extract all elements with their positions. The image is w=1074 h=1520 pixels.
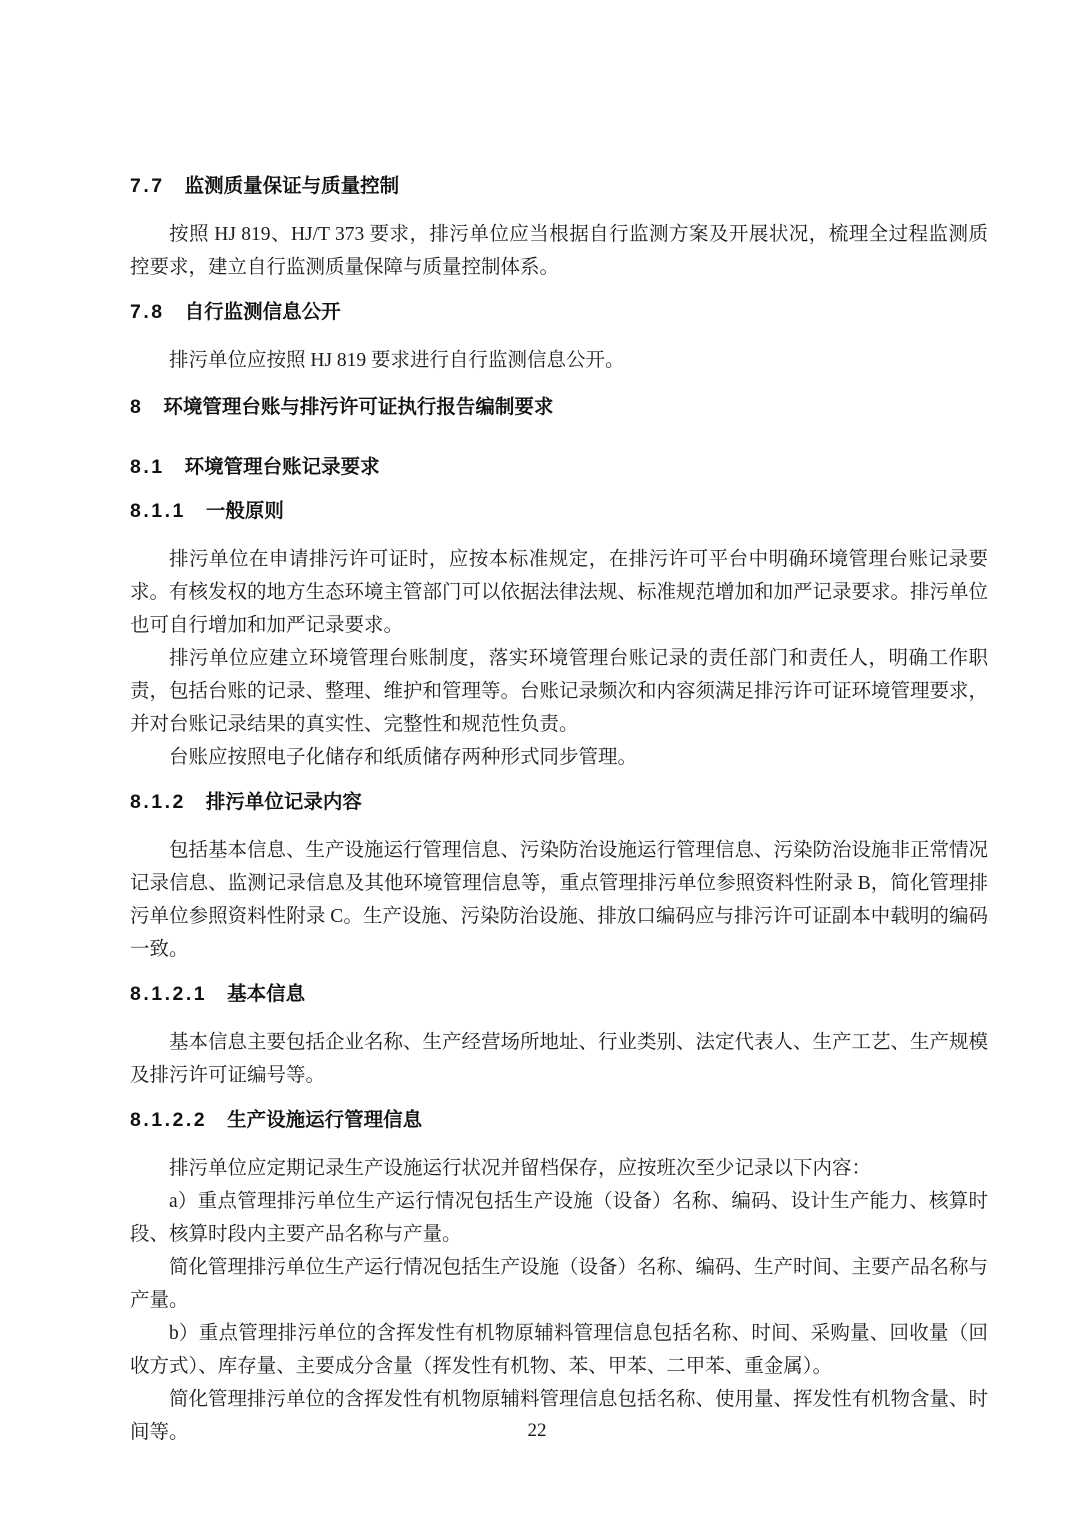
section-heading-8-1: 8.1环境管理台账记录要求 xyxy=(130,455,988,479)
section-title: 一般原则 xyxy=(206,500,284,522)
section-heading-8-1-1: 8.1.1一般原则 xyxy=(130,499,988,523)
section-number: 8.1.2.2 xyxy=(130,1109,207,1131)
section-heading-8-1-2: 8.1.2排污单位记录内容 xyxy=(130,790,988,814)
paragraph-item-a-simplified: 简化管理排污单位生产运行情况包括生产设施（设备）名称、编码、生产时间、主要产品名… xyxy=(130,1251,988,1317)
chapter-heading-8: 8环境管理台账与排污许可证执行报告编制要求 xyxy=(130,395,988,419)
section-title: 生产设施运行管理信息 xyxy=(227,1109,422,1131)
section-title: 监测质量保证与质量控制 xyxy=(185,175,400,197)
paragraph-basic-info: 基本信息主要包括企业名称、生产经营场所地址、行业类别、法定代表人、生产工艺、生产… xyxy=(130,1026,988,1092)
document-page: 7.7监测质量保证与质量控制 按照 HJ 819、HJ/T 373 要求，排污单… xyxy=(0,0,1074,1520)
paragraph-qa-qc: 按照 HJ 819、HJ/T 373 要求，排污单位应当根据自行监测方案及开展状… xyxy=(130,218,988,284)
section-number: 8.1.2 xyxy=(130,791,186,813)
paragraph-item-b: b）重点管理排污单位的含挥发性有机物原辅料管理信息包括名称、时间、采购量、回收量… xyxy=(130,1317,988,1383)
paragraph-record-content: 包括基本信息、生产设施运行管理信息、污染防治设施运行管理信息、污染防治设施非正常… xyxy=(130,834,988,966)
section-number: 8.1.1 xyxy=(130,500,186,522)
paragraph-general-principle-2: 排污单位应建立环境管理台账制度，落实环境管理台账记录的责任部门和责任人，明确工作… xyxy=(130,642,988,741)
page-number: 22 xyxy=(0,1420,1074,1442)
section-heading-8-1-2-1: 8.1.2.1基本信息 xyxy=(130,982,988,1006)
section-heading-8-1-2-2: 8.1.2.2生产设施运行管理信息 xyxy=(130,1108,988,1132)
paragraph-info-disclosure: 排污单位应按照 HJ 819 要求进行自行监测信息公开。 xyxy=(130,344,988,377)
section-heading-7-7: 7.7监测质量保证与质量控制 xyxy=(130,174,988,198)
section-number: 8.1.2.1 xyxy=(130,983,207,1005)
section-title: 排污单位记录内容 xyxy=(206,791,362,813)
section-heading-7-8: 7.8自行监测信息公开 xyxy=(130,300,988,324)
section-number: 7.7 xyxy=(130,175,165,197)
section-title: 环境管理台账记录要求 xyxy=(185,456,380,478)
chapter-title: 环境管理台账与排污许可证执行报告编制要求 xyxy=(163,396,553,418)
chapter-number: 8 xyxy=(130,396,143,418)
paragraph-item-a: a）重点管理排污单位生产运行情况包括生产设施（设备）名称、编码、设计生产能力、核… xyxy=(130,1185,988,1251)
section-title: 自行监测信息公开 xyxy=(185,301,341,323)
paragraph-general-principle-1: 排污单位在申请排污许可证时，应按本标准规定，在排污许可平台中明确环境管理台账记录… xyxy=(130,543,988,642)
section-number: 8.1 xyxy=(130,456,165,478)
section-title: 基本信息 xyxy=(227,983,305,1005)
paragraph-general-principle-3: 台账应按照电子化储存和纸质储存两种形式同步管理。 xyxy=(130,741,988,774)
section-number: 7.8 xyxy=(130,301,165,323)
document-content: 7.7监测质量保证与质量控制 按照 HJ 819、HJ/T 373 要求，排污单… xyxy=(130,174,988,1449)
paragraph-facility-record-intro: 排污单位应定期记录生产设施运行状况并留档保存，应按班次至少记录以下内容： xyxy=(130,1152,988,1185)
